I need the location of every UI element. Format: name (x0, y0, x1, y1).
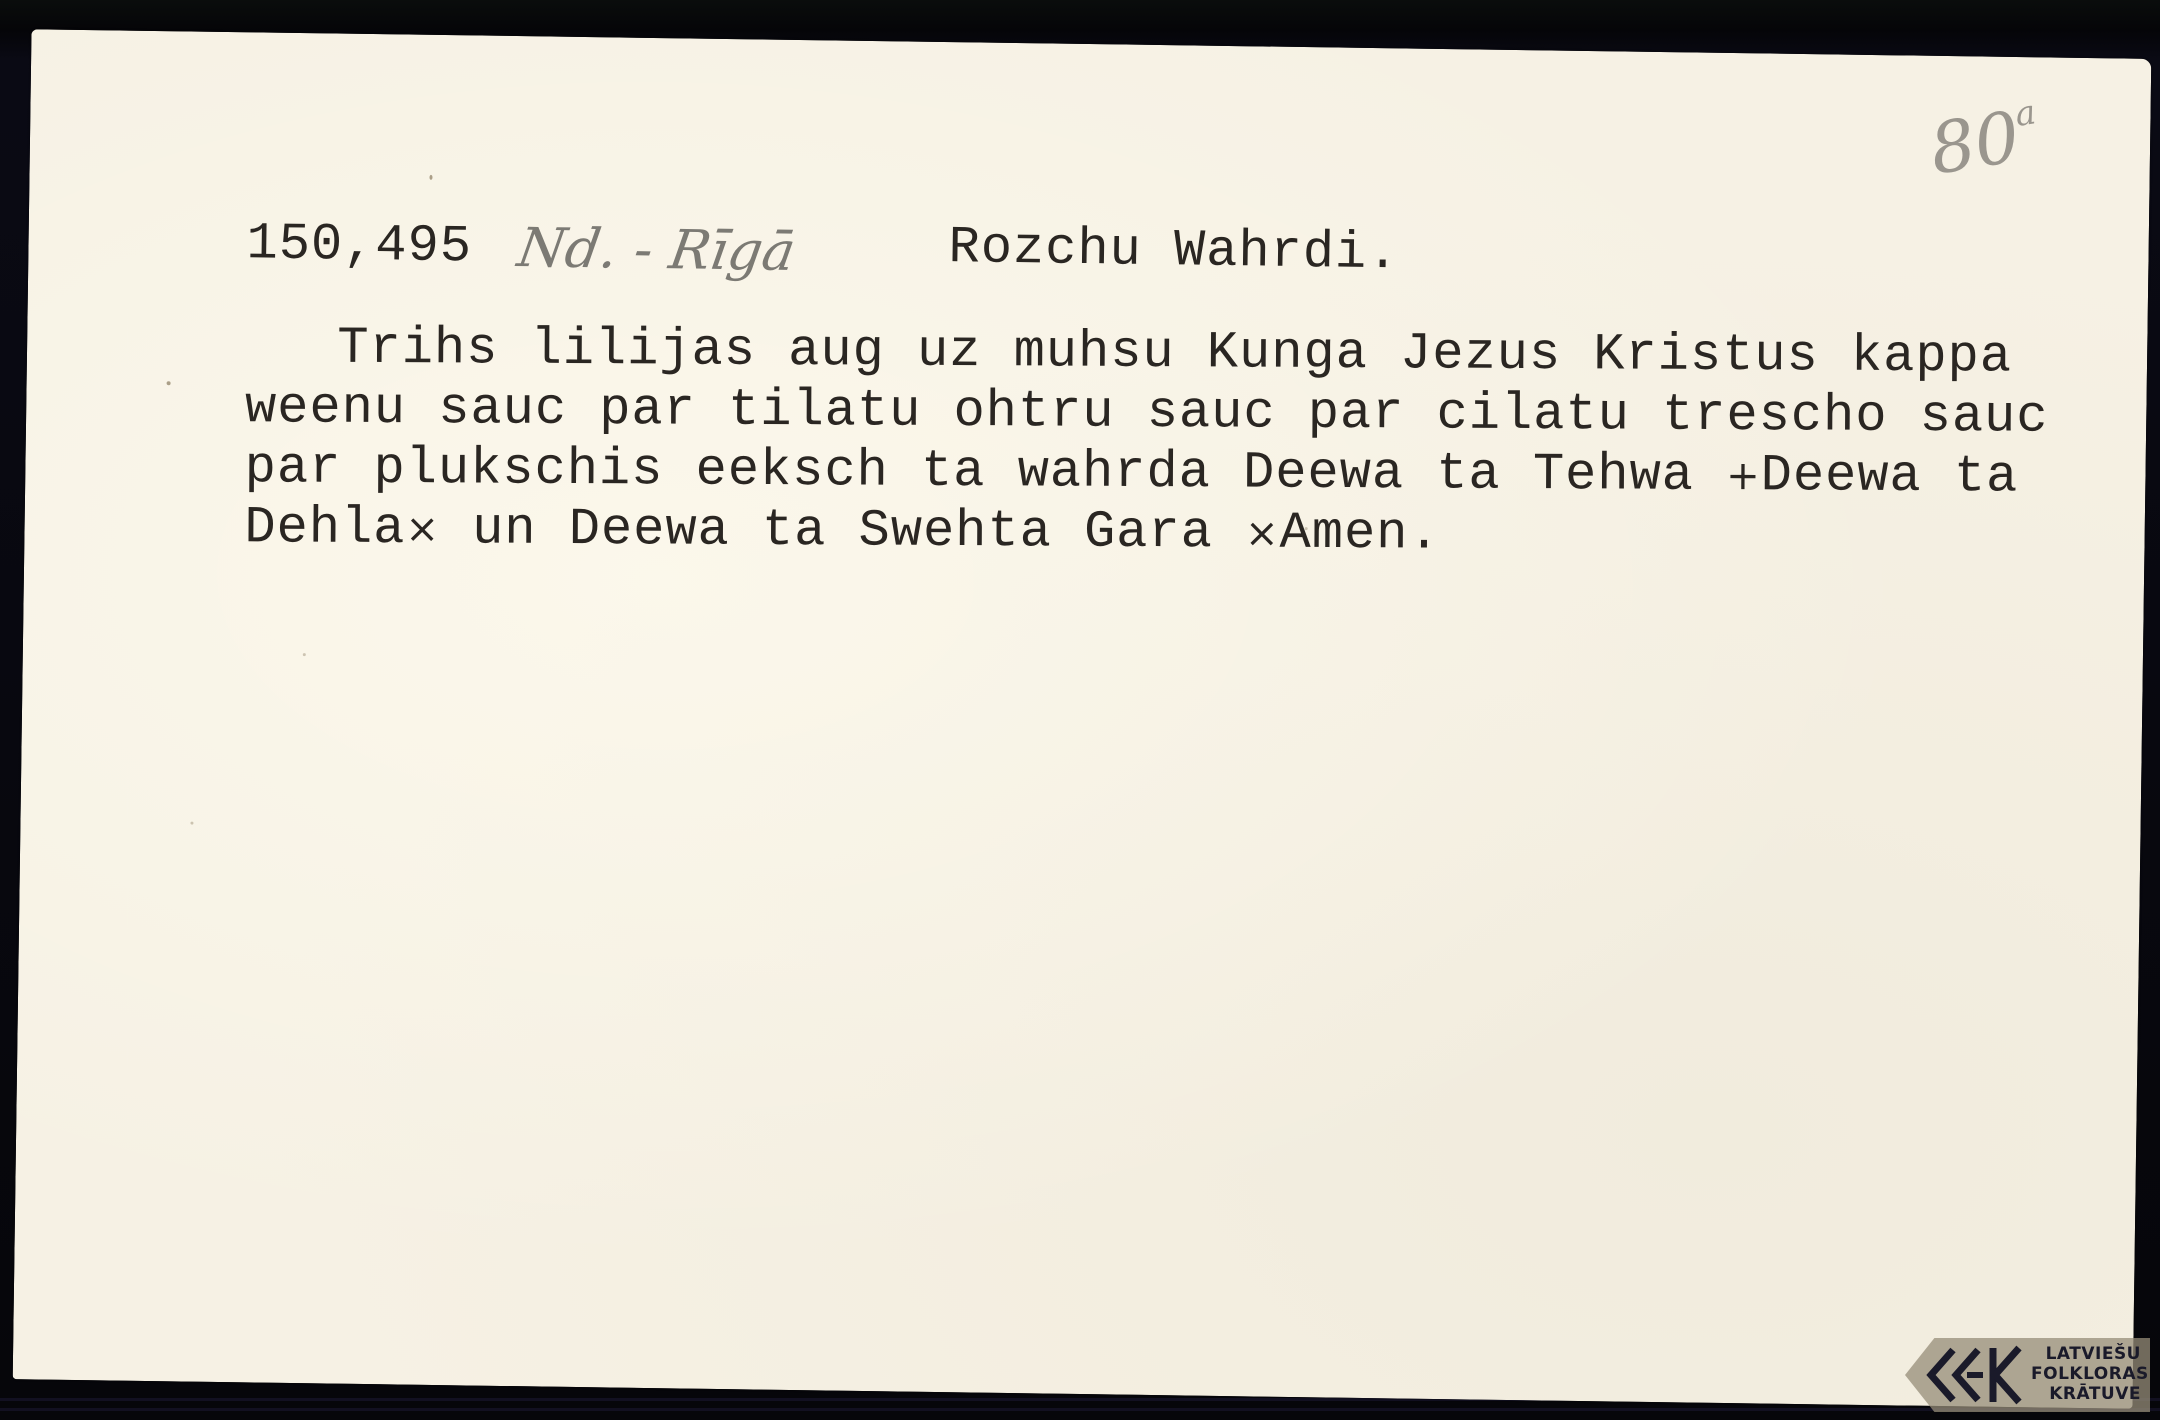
body-line-4-mid: un Deewa ta Swehta Gara (440, 499, 1245, 562)
paper-speck (167, 381, 171, 385)
body-line-3: par plukschis eeksch ta wahrda Deewa ta … (245, 438, 2049, 507)
body-line-4: Dehla× un Deewa ta Swehta Gara ×Amen. (244, 498, 2048, 567)
document-title: Rozchu Wahrdi. (948, 222, 1400, 280)
x-mark: × (1245, 511, 1280, 557)
handwritten-location-note: Nd. - Rīgā (514, 216, 800, 283)
paper-speck (303, 653, 306, 656)
logo-line-1: LATVIEŠU (2031, 1344, 2141, 1364)
archive-logo-badge: LATVIEŠU FOLKLORAS KRĀTUVE (1905, 1338, 2150, 1412)
paper-speck (429, 175, 432, 180)
logo-line-2: FOLKLORAS (2031, 1364, 2141, 1384)
paper-speck (1305, 527, 1308, 530)
scan-artifact-line (0, 1408, 2160, 1411)
archive-index-card: 150,495 Nd. - Rīgā Rozchu Wahrdi. 80a Tr… (13, 29, 2152, 1408)
lfk-logo-icon (1923, 1344, 2023, 1406)
body-line-3-text: par plukschis eeksch ta wahrda Deewa ta … (245, 438, 1695, 505)
body-line-3-end: Deewa ta (1761, 446, 2019, 506)
body-line-1: Trihs lilijas aug uz muhsu Kunga Jezus K… (245, 318, 2049, 387)
catalog-number: 150,495 (246, 218, 472, 273)
x-mark: × (405, 506, 440, 552)
cross-mark: + (1726, 453, 1761, 499)
handwritten-page-number: 80a (1924, 92, 2045, 190)
body-line-2: weenu sauc par tilatu ohtru sauc par cil… (245, 378, 2049, 447)
body-line-4-start: Dehla (244, 498, 405, 558)
paper-speck (190, 822, 193, 825)
page-number-value: 80 (1924, 96, 2025, 191)
body-line-4-end: Amen. (1279, 504, 1440, 564)
logo-line-3: KRĀTUVE (2031, 1384, 2141, 1404)
logo-text: LATVIEŠU FOLKLORAS KRĀTUVE (2031, 1344, 2141, 1404)
card-body-text: Trihs lilijas aug uz muhsu Kunga Jezus K… (244, 318, 2049, 567)
